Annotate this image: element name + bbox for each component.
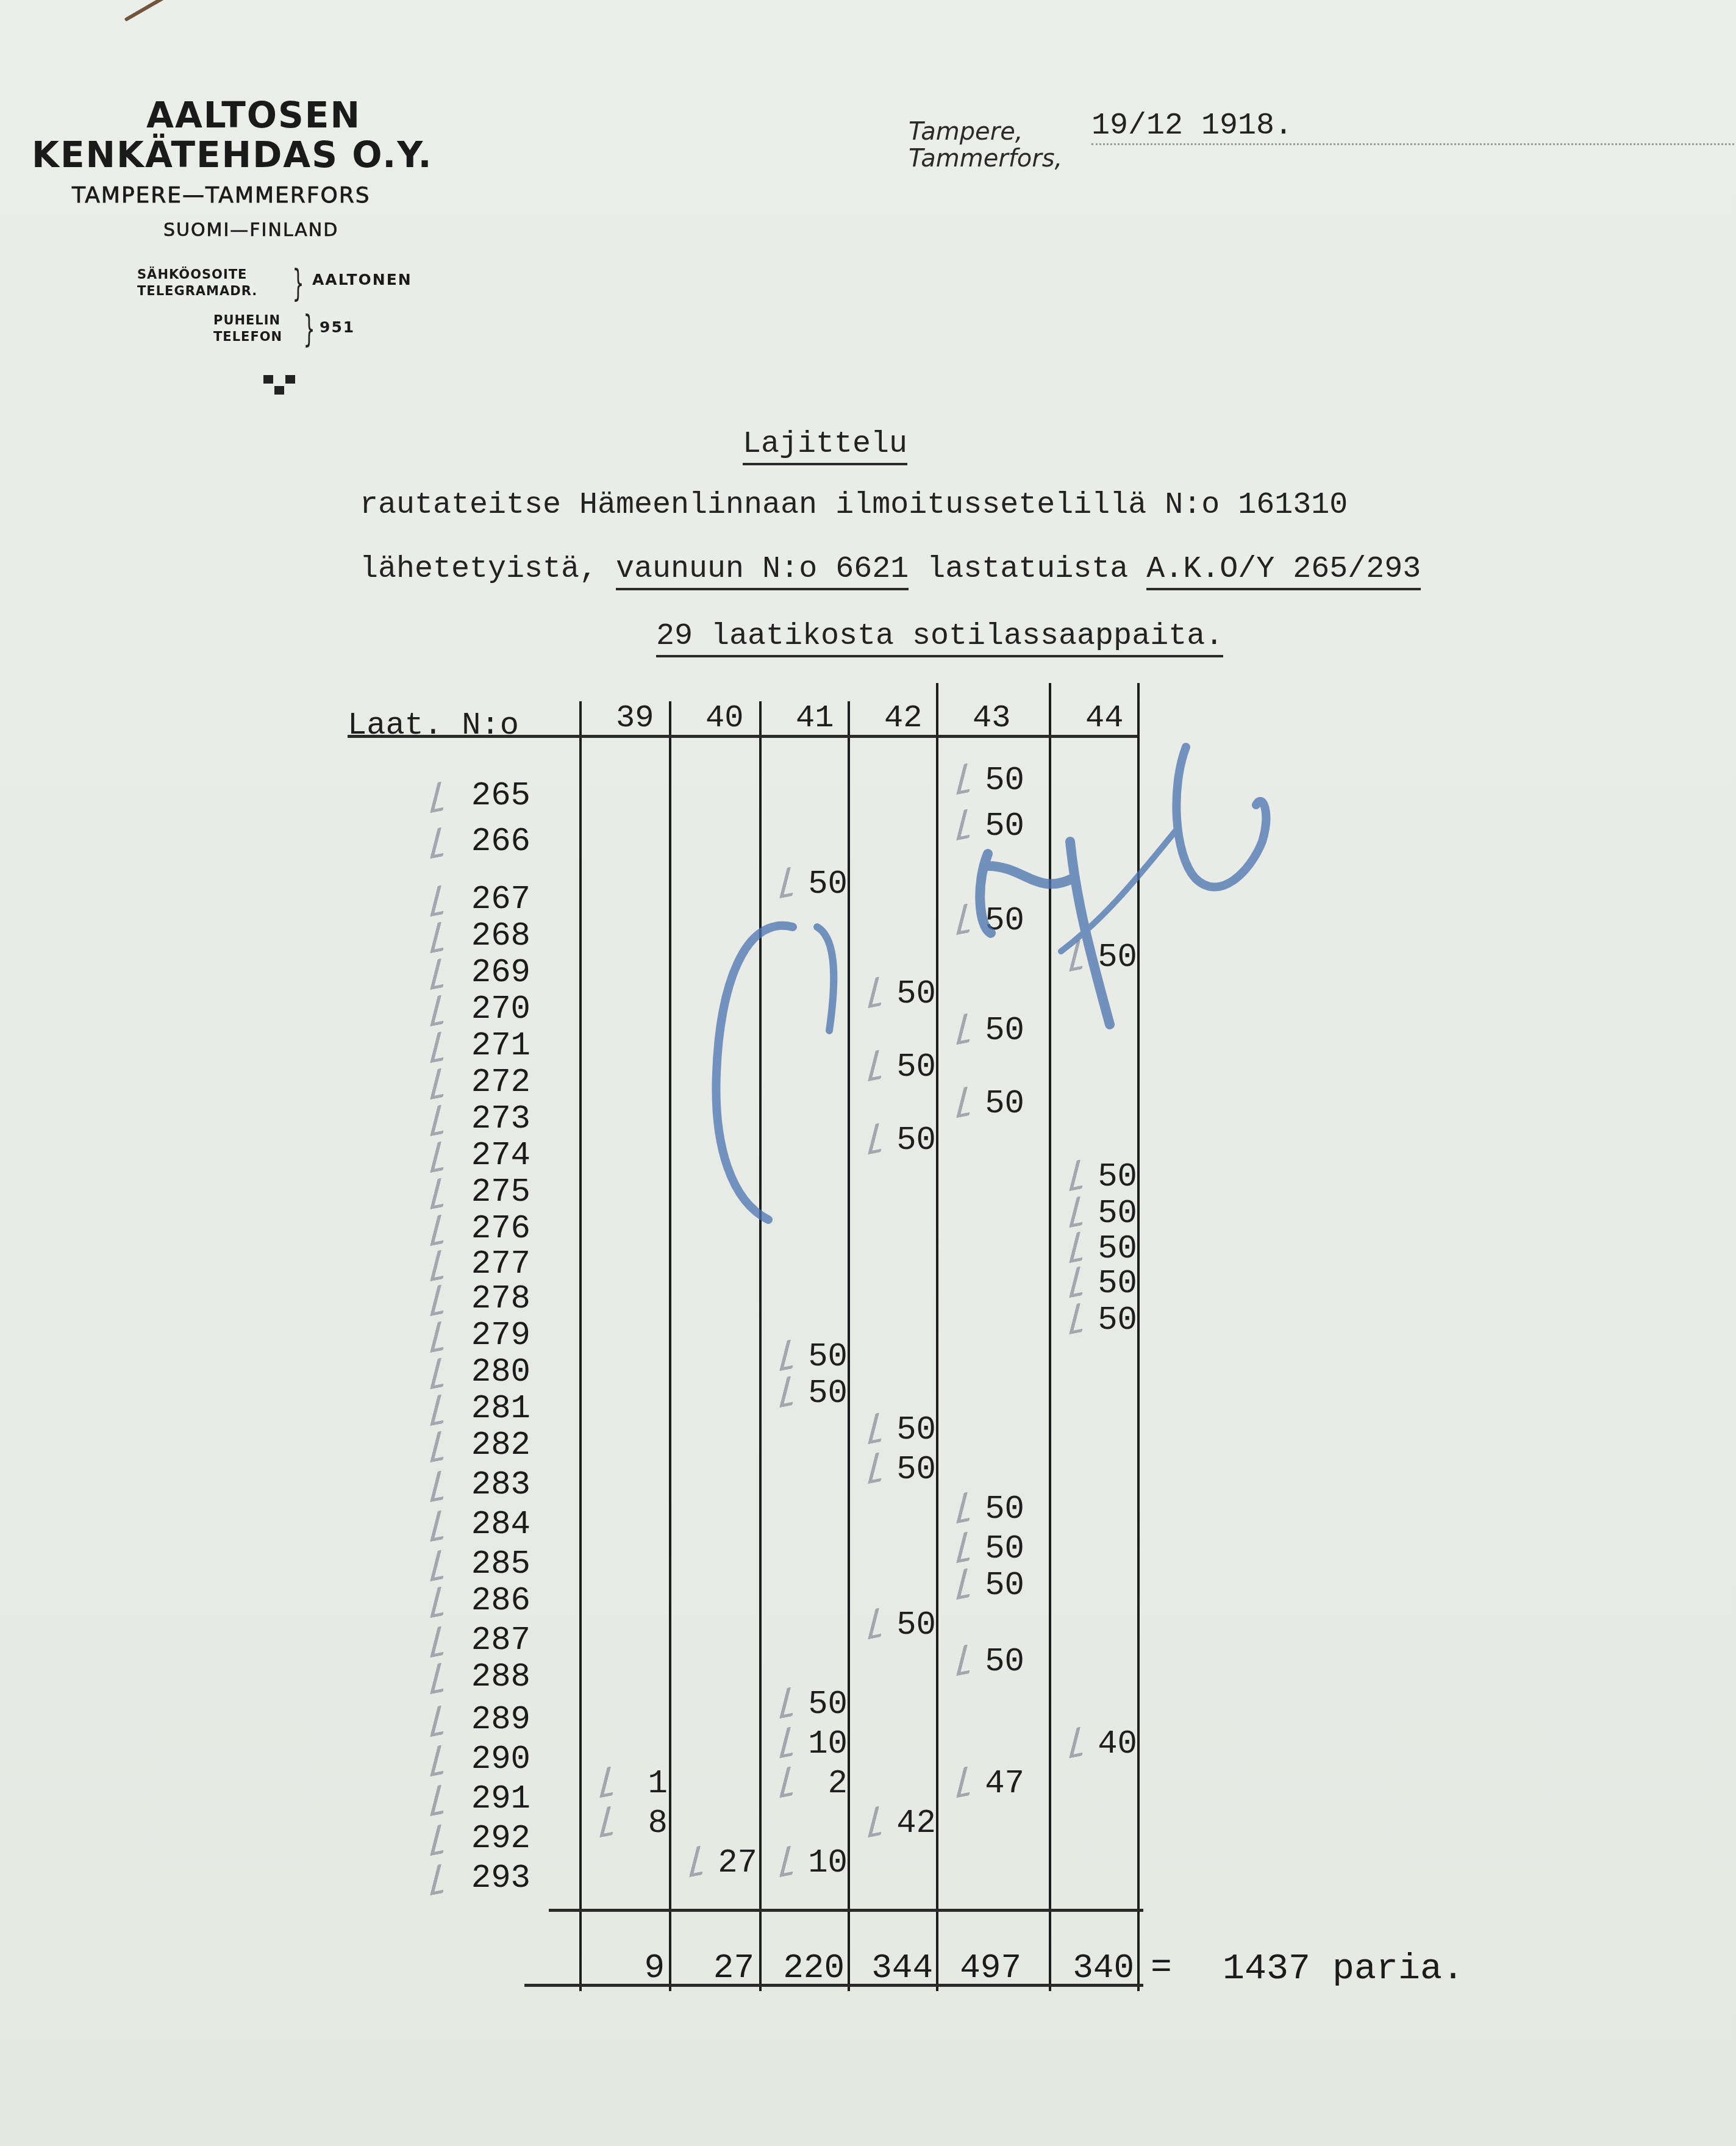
checkmark-icon xyxy=(1069,1194,1090,1228)
quantity-cell: 1 xyxy=(625,1765,668,1803)
box-number: 267 xyxy=(439,881,530,918)
checkmark-icon xyxy=(779,1685,800,1719)
box-number: 271 xyxy=(439,1028,530,1065)
quantity-cell: 50 xyxy=(982,762,1024,799)
checkmark-icon xyxy=(956,1011,977,1045)
checkmark-icon xyxy=(1069,1157,1090,1191)
column-total: 497 xyxy=(942,1948,1021,1987)
checkmark-icon xyxy=(1069,938,1090,971)
column-total: 27 xyxy=(675,1948,754,1987)
checkmark-icon xyxy=(1069,1264,1090,1298)
checkmark-icon xyxy=(868,1411,888,1444)
quantity-cell: 42 xyxy=(893,1805,936,1842)
quantity-cell: 50 xyxy=(1095,1231,1137,1268)
grand-total: 1437 paria. xyxy=(1223,1948,1464,1990)
quantity-cell: 50 xyxy=(982,903,1024,940)
box-number: 279 xyxy=(439,1317,530,1354)
column-total: 340 xyxy=(1055,1948,1134,1987)
box-number: 266 xyxy=(439,823,530,860)
sum-rule xyxy=(549,1909,1143,1912)
column-total: 344 xyxy=(854,1948,933,1987)
box-number: 270 xyxy=(439,991,530,1028)
checkmark-icon xyxy=(956,807,977,840)
checkmark-icon xyxy=(779,1374,800,1407)
quantity-cell: 50 xyxy=(805,1375,848,1412)
box-number: 289 xyxy=(439,1701,530,1739)
quantity-cell: 50 xyxy=(805,1686,848,1723)
quantity-cell: 2 xyxy=(805,1765,848,1803)
quantity-cell: 10 xyxy=(805,1726,848,1763)
checkmark-icon xyxy=(779,1764,800,1798)
quantity-cell: 8 xyxy=(625,1805,668,1842)
quantity-cell: 50 xyxy=(982,1531,1024,1568)
quantity-cell: 50 xyxy=(982,1012,1024,1050)
box-number: 278 xyxy=(439,1281,530,1318)
checkmark-icon xyxy=(1069,1301,1090,1334)
size-header: 44 xyxy=(1085,700,1123,736)
column-rule xyxy=(759,701,762,1991)
checkmark-icon xyxy=(689,1844,710,1877)
box-number: 280 xyxy=(439,1354,530,1391)
box-number: 281 xyxy=(439,1390,530,1428)
quantity-cell: 27 xyxy=(715,1845,757,1882)
quantity-cell: 50 xyxy=(1095,1159,1137,1196)
column-rule xyxy=(579,701,582,1991)
size-header: 42 xyxy=(884,700,922,736)
quantity-cell: 50 xyxy=(893,1122,936,1159)
equals-sign: = xyxy=(1151,1948,1172,1988)
box-number: 282 xyxy=(439,1427,530,1464)
checkmark-icon xyxy=(956,1084,977,1118)
checkmark-icon xyxy=(956,1642,977,1676)
quantity-cell: 40 xyxy=(1095,1726,1137,1763)
column-total: 220 xyxy=(765,1948,845,1987)
checkmark-icon xyxy=(779,865,800,898)
quantity-cell: 50 xyxy=(805,866,848,903)
quantity-cell: 50 xyxy=(893,1607,936,1644)
box-number: 274 xyxy=(439,1137,530,1175)
checkmark-icon xyxy=(779,1844,800,1877)
box-number: 273 xyxy=(439,1101,530,1138)
box-number: 286 xyxy=(439,1583,530,1620)
checkmark-icon xyxy=(868,1048,888,1081)
size-header: 43 xyxy=(973,700,1010,736)
column-rule xyxy=(848,701,850,1991)
column-total: 9 xyxy=(585,1948,665,1987)
quantity-cell: 50 xyxy=(982,1567,1024,1604)
checkmark-icon xyxy=(868,975,888,1008)
quantity-cell: 50 xyxy=(805,1339,848,1376)
checkmark-icon xyxy=(779,1337,800,1371)
checkmark-icon xyxy=(1069,1725,1090,1758)
box-number: 285 xyxy=(439,1546,530,1583)
quantity-cell: 50 xyxy=(982,1643,1024,1681)
quantity-cell: 50 xyxy=(893,1049,936,1086)
column-rule xyxy=(1137,683,1140,1991)
quantity-cell: 50 xyxy=(1095,939,1137,976)
box-number: 284 xyxy=(439,1506,530,1543)
quantity-cell: 50 xyxy=(982,1086,1024,1123)
box-number: 269 xyxy=(439,954,530,992)
box-number: 287 xyxy=(439,1622,530,1659)
box-number: 277 xyxy=(439,1246,530,1283)
box-number: 268 xyxy=(439,918,530,955)
sorting-table: Laat. N:o 394041424344265502665026750268… xyxy=(0,0,1736,2146)
checkmark-icon xyxy=(956,1764,977,1798)
checkmark-icon xyxy=(868,1121,888,1154)
box-number: 292 xyxy=(439,1820,530,1858)
checkmark-icon xyxy=(868,1450,888,1484)
quantity-cell: 47 xyxy=(982,1765,1024,1803)
box-number: 291 xyxy=(439,1781,530,1818)
quantity-cell: 50 xyxy=(893,1451,936,1489)
quantity-cell: 50 xyxy=(893,1412,936,1449)
box-number: 265 xyxy=(439,778,530,815)
checkmark-icon xyxy=(956,1566,977,1600)
quantity-cell: 50 xyxy=(1095,1302,1137,1339)
quantity-cell: 50 xyxy=(982,1491,1024,1528)
checkmark-icon xyxy=(868,1804,888,1837)
checkmark-icon xyxy=(956,1529,977,1563)
checkmark-icon xyxy=(779,1725,800,1758)
quantity-cell: 50 xyxy=(1095,1265,1137,1303)
box-number: 288 xyxy=(439,1659,530,1696)
quantity-cell: 10 xyxy=(805,1845,848,1882)
checkmark-icon xyxy=(599,1804,620,1837)
box-number: 293 xyxy=(439,1860,530,1897)
checkmark-icon xyxy=(956,1490,977,1523)
size-header: 40 xyxy=(705,700,743,736)
box-number: 272 xyxy=(439,1064,530,1101)
column-rule xyxy=(669,701,671,1991)
checkmark-icon xyxy=(1069,1229,1090,1263)
box-number: 276 xyxy=(439,1211,530,1248)
checkmark-icon xyxy=(956,761,977,795)
quantity-cell: 50 xyxy=(893,976,936,1013)
column-rule xyxy=(936,683,938,1991)
size-header: 39 xyxy=(616,700,654,736)
quantity-cell: 50 xyxy=(1095,1195,1137,1232)
quantity-cell: 50 xyxy=(982,808,1024,845)
box-number: 275 xyxy=(439,1174,530,1211)
size-header: 41 xyxy=(796,700,834,736)
column-rule xyxy=(1049,683,1051,1991)
checkmark-icon xyxy=(599,1764,620,1798)
checkmark-icon xyxy=(868,1606,888,1639)
box-number: 283 xyxy=(439,1467,530,1504)
box-number-header: Laat. N:o xyxy=(348,707,519,743)
checkmark-icon xyxy=(956,901,977,935)
box-number: 290 xyxy=(439,1741,530,1778)
